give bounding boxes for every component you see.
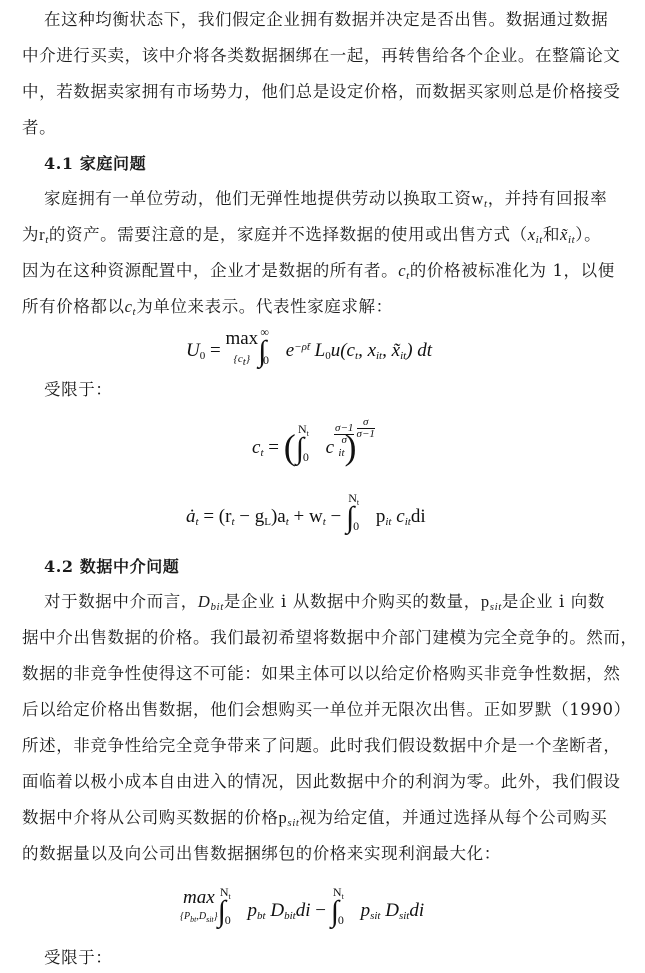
eq-lhs: ct (252, 437, 264, 458)
eq-equals: = (205, 340, 225, 361)
section-heading-4-2: 4.2 数据中介问题 (44, 557, 645, 577)
text: 数据中介将从公司购买数据的价格 (22, 808, 279, 827)
text: 是企业 i 从数据中介购买的数量， (224, 592, 481, 611)
text: ，并持有回报率 (488, 189, 608, 208)
term-2: psit Dsitdi (361, 900, 425, 921)
eq-body: e−ρ̃t L0u(ct, xit, x̃it) dt (286, 340, 432, 361)
equation-consumption: ct = (∫Nt0 cσ−1σit)σσ−1 (252, 420, 375, 462)
minus-sign: − (315, 900, 326, 921)
math-var: c (125, 297, 133, 316)
max-operator: max{ct} (225, 330, 258, 368)
math-var: w (472, 189, 485, 208)
intro-line-1: 在这种均衡状态下，我们假定企业拥有数据并决定是否出售。数据通过数据 (44, 10, 630, 30)
text: 视为给定值，并通过选择从每个公司购买 (300, 808, 608, 827)
lower-limit: 0 (225, 913, 231, 927)
text: 对于数据中介而言， (44, 592, 198, 611)
math-var: c (398, 261, 406, 280)
text: 所有价格都以 (22, 297, 125, 316)
household-line-2: 为rt的资产。需要注意的是，家庭并不选择数据的使用或出售方式（xit和x̃it）… (22, 225, 630, 245)
math-var: D (198, 592, 211, 611)
intermediary-line-4: 后以给定价格出售数据，他们会想购买一单位并无限次出售。正如罗默（1990） (22, 700, 630, 720)
text: 和 (543, 225, 560, 244)
upper-limit: Nt (333, 885, 344, 899)
math-sub: sit (490, 601, 502, 613)
text: 是企业 i 向数 (502, 592, 605, 611)
text: 为单位来表示。代表性家庭求解： (136, 297, 393, 316)
intermediary-line-2: 据中介出售数据的价格。我们最初希望将数据中介部门建模为完全竞争的。然而， (22, 628, 630, 648)
text: 因为在这种资源配置中，企业才是数据的所有者。 (22, 261, 398, 280)
intro-line-3: 中，若数据卖家拥有市场势力，他们总是设定价格，而数据买家则总是价格接受 (22, 82, 630, 102)
equation-profit: max{Pbt,Dsit}∫Nt0 pbt Dbitdi − ∫Nt0 psit… (180, 890, 424, 925)
lower-limit: 0 (353, 519, 359, 533)
lower-limit: 0 (263, 353, 269, 367)
text: 的价格被标准化为 1，以便 (410, 261, 615, 280)
equation-utility: U0 = max{ct}∫∞0 e−ρ̃t L0u(ct, xit, x̃it)… (186, 330, 432, 368)
text: 为 (22, 225, 39, 244)
max-operator: max{Pbt,Dsit} (180, 890, 218, 925)
upper-limit: Nt (220, 885, 231, 899)
text: 的资产。需要注意的是，家庭并不选择数据的使用或出售方式（ (49, 225, 528, 244)
household-line-3: 因为在这种资源配置中，企业才是数据的所有者。ct的价格被标准化为 1，以便 (22, 261, 630, 281)
intermediary-line-1: 对于数据中介而言，Dbit是企业 i 从数据中介购买的数量，psit是企业 i … (44, 592, 630, 612)
lower-limit: 0 (338, 913, 344, 927)
subject-to-1: 受限于： (44, 380, 630, 400)
intermediary-line-8: 的数据量以及向公司出售数据捆绑包的价格来实现利润最大化： (22, 844, 630, 864)
intermediary-line-5: 所述，非竞争性给完全竞争带来了问题。此时我们假设数据中介是一个垄断者， (22, 736, 630, 756)
lower-limit: 0 (303, 450, 309, 464)
upper-limit: Nt (348, 491, 359, 505)
intro-line-4: 者。 (22, 118, 630, 138)
intro-line-2: 中介进行买卖，该中介将各类数据捆绑在一起，再转售给各个企业。在整篇论文 (22, 46, 630, 66)
math-var: x̃ (560, 225, 568, 244)
math-sub: bit (210, 601, 223, 613)
equation-budget: ȧt = (rt − gL)at + wt − ∫Nt0 pit citdi (186, 496, 426, 530)
term-1: pbt Dbitdi (248, 900, 311, 921)
upper-limit: Nt (298, 422, 309, 436)
text: ）。 (575, 225, 601, 244)
upper-limit: ∞ (260, 325, 269, 339)
integrand: cσ−1σit (326, 437, 345, 458)
household-line-1: 家庭拥有一单位劳动，他们无弹性地提供劳动以换取工资wt，并持有回报率 (44, 189, 630, 209)
math-var: p (481, 592, 490, 611)
eq-lhs: U (186, 340, 200, 361)
op: max (225, 328, 258, 349)
section-heading-4-1: 4.1 家庭问题 (44, 154, 645, 174)
math-var: x (528, 225, 536, 244)
text: 家庭拥有一单位劳动，他们无弹性地提供劳动以换取工资 (44, 189, 472, 208)
intermediary-line-6: 面临着以极小成本自由进入的情况，因此数据中介的利润为零。此外，我们假设 (22, 772, 630, 792)
math-sub: sit (287, 817, 299, 829)
household-line-4: 所有价格都以ct为单位来表示。代表性家庭求解： (22, 297, 630, 317)
op: max (183, 887, 215, 908)
intermediary-line-7: 数据中介将从公司购买数据的价格psit视为给定值，并通过选择从每个公司购买 (22, 808, 630, 828)
math-sub: it (536, 234, 543, 246)
subject-to-2: 受限于： (44, 948, 630, 968)
intermediary-line-3: 数据的非竞争性使得这不可能：如果主体可以以给定价格购买非竞争性数据，然 (22, 664, 630, 684)
outer-exponent: σσ−1 (357, 417, 375, 440)
